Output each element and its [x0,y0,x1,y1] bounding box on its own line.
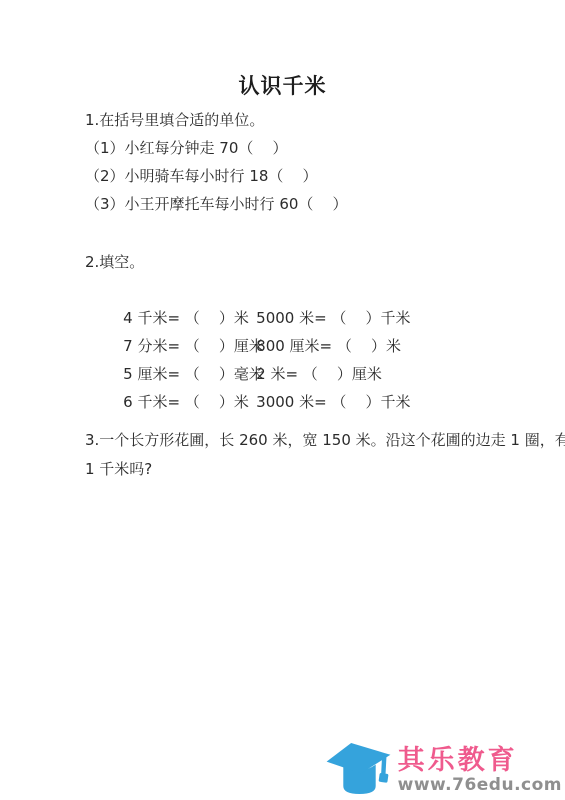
question-3-line-1: 3.一个长方形花圃，长 260 米，宽 150 米。沿这个花圃的边走 1 圈，有 [85,426,517,455]
conversion-right: 3000 米= （ ）千米 [256,393,410,411]
question-3-section: 3.一个长方形花圃，长 260 米，宽 150 米。沿这个花圃的边走 1 圈，有… [85,426,517,484]
page-title: 认识千米 [0,0,565,100]
question-1-item-3: （3）小王开摩托车每小时行 60（ ） [85,190,517,218]
footer-brand-text: 其乐教育 www.76edu.com [398,745,562,795]
graduation-cap-icon [324,743,394,796]
worksheet-page: 认识千米 1.在括号里填合适的单位。 （1）小红每分钟走 70（ ） （2）小明… [0,0,565,800]
conversion-left: 7 分米= （ ）厘米 [123,332,256,360]
question-2-section: 2.填空。 4 千米= （ ）米5000 米= （ ）千米 7 分米= （ ）厘… [85,248,517,388]
worksheet-content: 1.在括号里填合适的单位。 （1）小红每分钟走 70（ ） （2）小明骑车每小时… [0,100,565,484]
question-2-heading: 2.填空。 [85,248,517,276]
question-1-item-2: （2）小明骑车每小时行 18（ ） [85,162,517,190]
conversion-right: 5000 米= （ ）千米 [256,309,410,327]
question-1-item-1: （1）小红每分钟走 70（ ） [85,134,517,162]
conversion-row: 4 千米= （ ）米5000 米= （ ）千米 [85,276,517,304]
conversion-left: 4 千米= （ ）米 [123,304,256,332]
brand-name: 其乐教育 [398,745,518,776]
conversion-right: 2 米= （ ）厘米 [256,365,382,383]
question-3-line-2: 1 千米吗? [85,455,517,484]
conversion-left: 5 厘米= （ ）毫米 [123,360,256,388]
brand-url: www.76edu.com [398,776,562,795]
conversion-right: 800 厘米= （ ）米 [256,337,401,355]
conversion-left: 6 千米= （ ）米 [123,388,256,416]
question-1-heading: 1.在括号里填合适的单位。 [85,106,517,134]
question-1-section: 1.在括号里填合适的单位。 （1）小红每分钟走 70（ ） （2）小明骑车每小时… [85,106,517,218]
footer-logo: 其乐教育 www.76edu.com [324,743,562,796]
